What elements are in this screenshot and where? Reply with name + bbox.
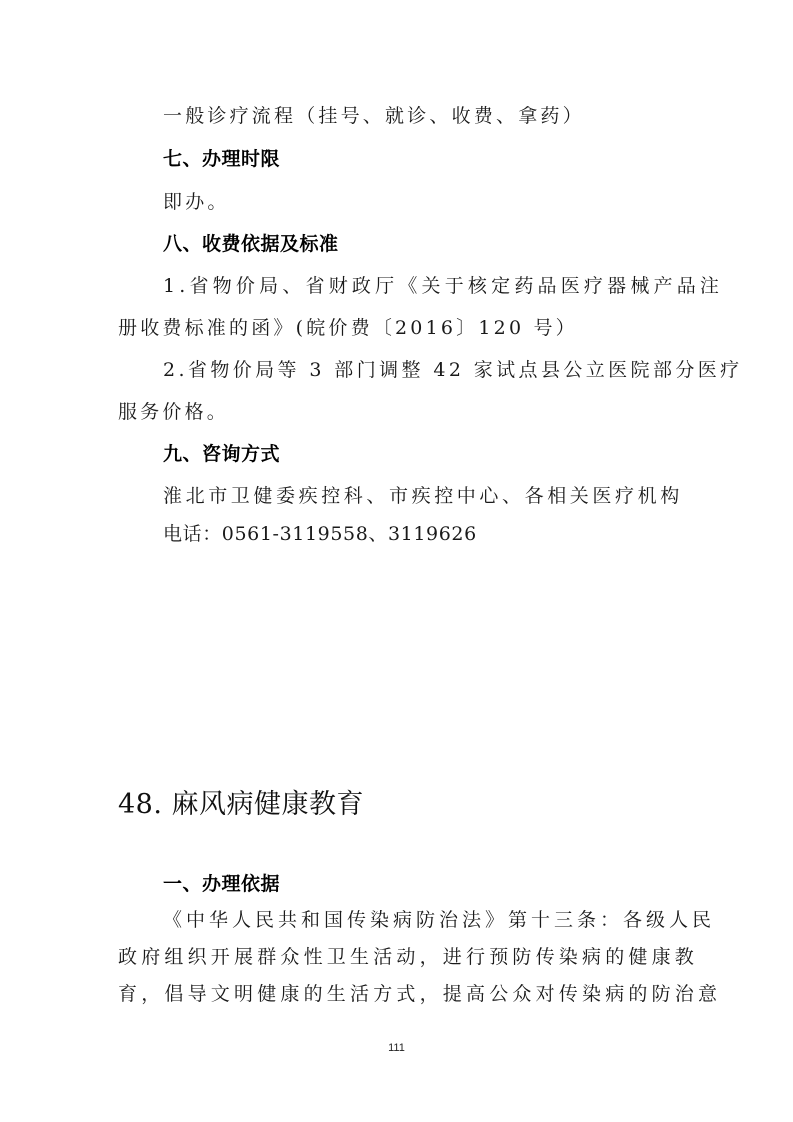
section-48-heading-1: 一、办理依据 <box>163 872 280 896</box>
contact-phone: 电话：0561-3119558、3119626 <box>163 522 477 546</box>
basis-line-2: 政府组织开展群众性卫生活动，进行预防传染病的健康教 <box>118 945 698 969</box>
fee-item-1-line-1: 1.省物价局、省财政厅《关于核定药品医疗器械产品注 <box>163 274 723 298</box>
section-heading-8: 八、收费依据及标准 <box>163 232 339 256</box>
section-heading-9: 九、咨询方式 <box>163 442 280 466</box>
fee-item-1-line-2: 册收费标准的函》(皖价费〔2016〕120 号） <box>118 316 578 340</box>
fee-item-2-line-2: 服务价格。 <box>118 400 229 424</box>
page-number: 111 <box>0 1042 793 1054</box>
basis-line-1: 《中华人民共和国传染病防治法》第十三条：各级人民 <box>163 908 715 932</box>
process-line: 一般诊疗流程（挂号、就诊、收费、拿药） <box>163 104 585 128</box>
contact-institutions: 淮北市卫健委疾控科、市疾控中心、各相关医疗机构 <box>163 484 683 508</box>
section-heading-7: 七、办理时限 <box>163 147 280 171</box>
section-48-title: 48. 麻风病健康教育 <box>118 788 364 822</box>
section-7-text: 即办。 <box>163 190 230 214</box>
fee-item-2-line-1: 2.省物价局等 3 部门调整 42 家试点县公立医院部分医疗 <box>163 358 743 382</box>
document-page: 一般诊疗流程（挂号、就诊、收费、拿药） 七、办理时限 即办。 八、收费依据及标准… <box>0 0 793 1122</box>
basis-line-3: 育，倡导文明健康的生活方式，提高公众对传染病的防治意 <box>118 982 721 1006</box>
